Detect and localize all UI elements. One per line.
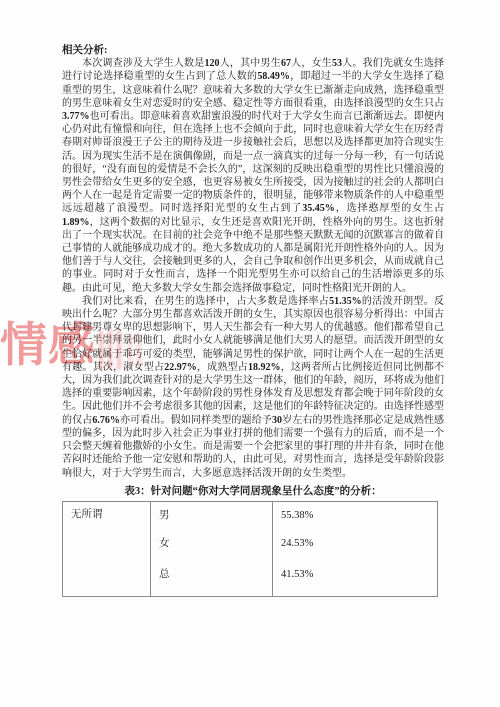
document-content: 相关分析: 本次调查涉及大学生人数是120人，其中男生67人，女生53人。我们先… — [62, 44, 444, 597]
attitude-cell: 无所谓 — [63, 501, 151, 596]
analysis-paragraph-males: 我们对比来看，在男生的选择中，占大多数是选择率占51.35%的活泼开朗型。反映出… — [62, 295, 444, 480]
table-caption: 表3：针对问题“你对大学同居现象呈什么态度”的分析： — [62, 485, 444, 498]
analysis-paragraph-females: 本次调查涉及大学生人数是120人，其中男生67人，女生53人。我们先就女生选择进… — [62, 57, 444, 295]
analysis-heading: 相关分析: — [62, 44, 444, 57]
group-cell: 男 — [151, 501, 273, 530]
value-cell: 24.53% — [273, 530, 438, 558]
group-cell: 总 — [151, 558, 273, 597]
table-row: 无所谓 男 55.38% — [63, 501, 438, 530]
document-page: 情感 相关分析: 本次调查涉及大学生人数是120人，其中男生67人，女生53人。… — [0, 0, 500, 707]
value-cell: 41.53% — [273, 558, 438, 597]
value-cell: 55.38% — [273, 501, 438, 530]
survey-table: 无所谓 男 55.38% 女 24.53% 总 41.53% — [62, 501, 438, 597]
group-cell: 女 — [151, 530, 273, 558]
